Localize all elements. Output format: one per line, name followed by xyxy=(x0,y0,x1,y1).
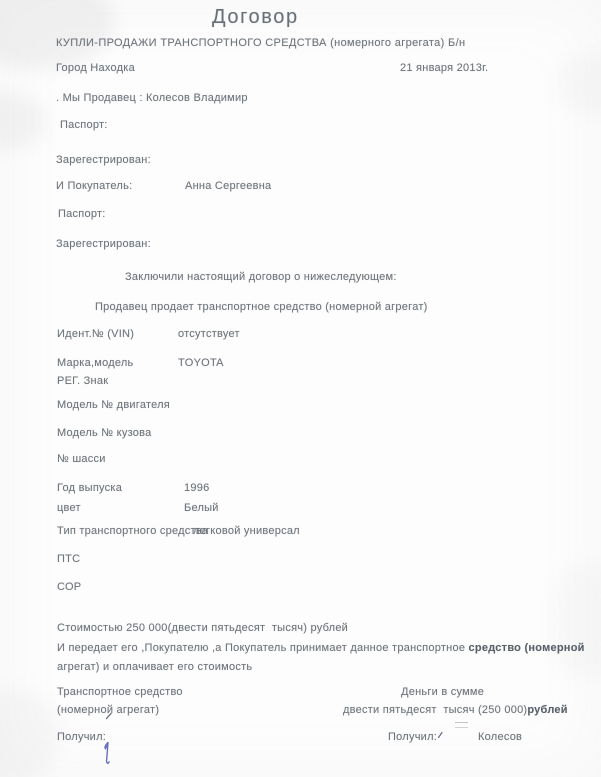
scanned-contract-page: Договор КУПЛИ-ПРОДАЖИ ТРАНСПОРТНОГО СРЕД… xyxy=(0,0,601,777)
footer-right-signed-name: Колесов xyxy=(478,731,522,744)
seller-registered-label: Зарегестрирован: xyxy=(56,154,151,167)
field-value-year: 1996 xyxy=(184,482,209,495)
footer-right-amount-line: двести пятьдесят тысяч (250 000)рублей xyxy=(343,704,568,717)
city-label: Город Находка xyxy=(56,62,135,75)
scan-smudge xyxy=(551,560,601,680)
seller-signature-scribble-icon xyxy=(99,741,115,767)
field-label-reg-plate: РЕГ. Знак xyxy=(57,375,108,388)
field-row-color: цвет Белый xyxy=(0,502,601,515)
pen-tick-mark xyxy=(105,712,113,720)
field-label-chassis: № шасси xyxy=(57,453,106,466)
field-label-vin: Идент.№ (VIN) xyxy=(57,328,134,341)
buyer-registered-label: Зарегестрирован: xyxy=(56,238,151,251)
field-value-vehicle-type: легковой универсал xyxy=(193,525,300,538)
field-label-sor: СОР xyxy=(57,581,81,594)
field-value-color: Белый xyxy=(184,502,219,515)
scan-smudge xyxy=(558,52,601,117)
field-label-pts: ПТС xyxy=(57,553,80,566)
field-label-body-model: Модель № кузова xyxy=(57,427,151,440)
field-row-pts: ПТС xyxy=(0,553,601,566)
footer-right-amount-bold: рублей xyxy=(527,704,567,716)
field-label-engine-model: Модель № двигателя xyxy=(57,399,170,412)
field-label-color: цвет xyxy=(57,502,81,515)
transfer-line-tail: агрегат) и оплачивает его стоимость xyxy=(57,661,252,674)
transfer-line-normal: И передает его ,Покупателю ,а Покупатель… xyxy=(57,642,469,654)
scan-smudge xyxy=(0,0,115,70)
field-row-vehicle-type: Тип транспортного средства легковой унив… xyxy=(0,525,601,538)
field-row-vin: Идент.№ (VIN) отсутствует xyxy=(0,328,601,341)
scan-smudge xyxy=(0,92,47,150)
preamble-line: Заключили настоящий договор о нижеследую… xyxy=(125,271,397,284)
pen-dash-mark xyxy=(455,722,468,728)
transfer-line-bold: средство (номерной xyxy=(469,642,585,654)
buyer-name: Анна Сергеевна xyxy=(185,180,271,193)
buyer-row: И Покупатель: Анна Сергеевна xyxy=(0,180,601,193)
price-line: Стоимостью 250 000(двести пятьдесят тыся… xyxy=(57,622,348,635)
field-label-year: Год выпуска xyxy=(57,482,122,495)
contract-date: 21 января 2013г. xyxy=(400,62,488,75)
field-row-make-model: Марка,модель TOYOTA xyxy=(0,357,601,370)
field-row-chassis: № шасси xyxy=(0,453,601,466)
document-title: Договор xyxy=(212,6,299,29)
footer-right-amount: двести пятьдесят тысяч (250 000) xyxy=(343,704,527,716)
field-row-year: Год выпуска 1996 xyxy=(0,482,601,495)
transfer-line: И передает его ,Покупателю ,а Покупатель… xyxy=(57,642,585,655)
footer-right-received-label: Получил: xyxy=(388,731,437,744)
subject-line: Продавец продает транспортное средство (… xyxy=(95,301,428,314)
field-row-reg-plate: РЕГ. Знак xyxy=(0,375,601,388)
seller-passport-label: Паспорт: xyxy=(60,119,108,132)
scan-smudge xyxy=(0,688,60,777)
footer-left-item-line1: Транспортное средство xyxy=(57,686,183,699)
field-value-vin: отсутствует xyxy=(178,328,240,341)
field-value-make-model: TOYOTA xyxy=(178,357,224,370)
document-subtitle: КУПЛИ-ПРОДАЖИ ТРАНСПОРТНОГО СРЕДСТВА (но… xyxy=(56,37,465,50)
field-row-body-model: Модель № кузова xyxy=(0,427,601,440)
field-row-engine-model: Модель № двигателя xyxy=(0,399,601,412)
buyer-label: И Покупатель: xyxy=(56,180,132,193)
footer-right-item-line1: Деньги в сумме xyxy=(401,686,484,699)
field-row-sor: СОР xyxy=(0,581,601,594)
seller-line: . Мы Продавец : Колесов Владимир xyxy=(56,92,248,105)
field-label-vehicle-type: Тип транспортного средства xyxy=(57,525,208,538)
buyer-passport-label: Паспорт: xyxy=(58,208,106,221)
field-label-make-model: Марка,модель xyxy=(57,357,134,370)
pen-tick-mark xyxy=(437,731,444,739)
